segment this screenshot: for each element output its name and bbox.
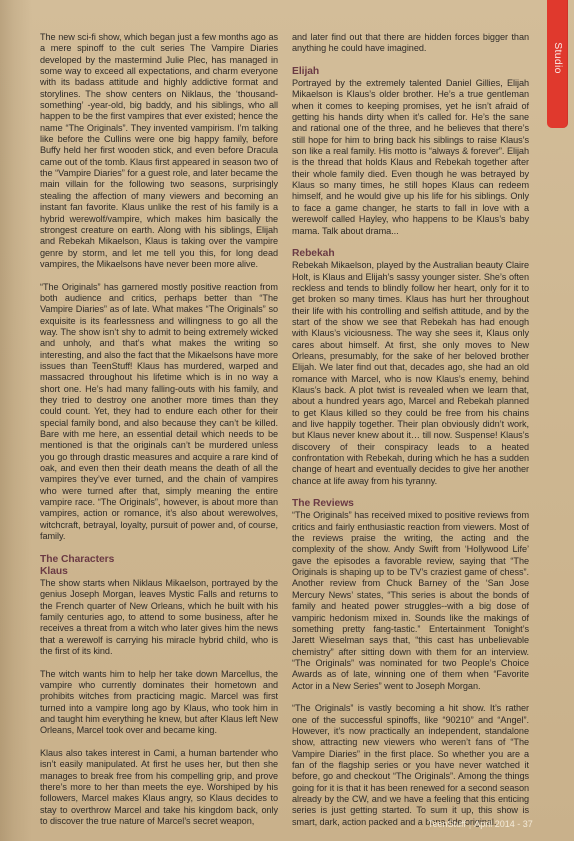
klaus-heading: Klaus [40,566,278,578]
elijah-heading: Elijah [292,66,529,78]
magazine-page: Studio The new sci-fi show, which began … [0,0,574,841]
elijah-paragraph: Portrayed by the extremely talented Dani… [292,78,529,237]
klaus-paragraph: The witch wants him to help her take dow… [40,669,278,737]
intro-paragraph: The new sci-fi show, which began just a … [40,32,278,270]
reviews-heading: The Reviews [292,498,529,510]
section-tab-label: Studio [552,42,564,74]
reviews-paragraph: “The Originals” is vastly becoming a hit… [292,703,529,828]
page-footer: TeenStuff|April 2014 - 37 [428,819,533,829]
intro-paragraph: “The Originals” has garnered mostly posi… [40,282,278,543]
issue-and-page-number: April 2014 - 37 [474,819,533,829]
reviews-paragraph: “The Originals” has received mixed to po… [292,510,529,692]
characters-heading: The Characters [40,554,278,566]
left-column: The new sci-fi show, which began just a … [40,32,278,839]
section-tab-studio: Studio [547,0,568,128]
klaus-paragraph: The show starts when Niklaus Mikaelson, … [40,578,278,657]
right-column: and later find out that there are hidden… [292,32,529,839]
rebekah-heading: Rebekah [292,248,529,260]
footer-separator: | [469,819,471,829]
rebekah-paragraph: Rebekah Mikaelson, played by the Austral… [292,260,529,487]
klaus-paragraph: Klaus also takes interest in Cami, a hum… [40,748,278,827]
magazine-name: TeenStuff [428,819,466,829]
klaus-continued-paragraph: and later find out that there are hidden… [292,32,529,55]
